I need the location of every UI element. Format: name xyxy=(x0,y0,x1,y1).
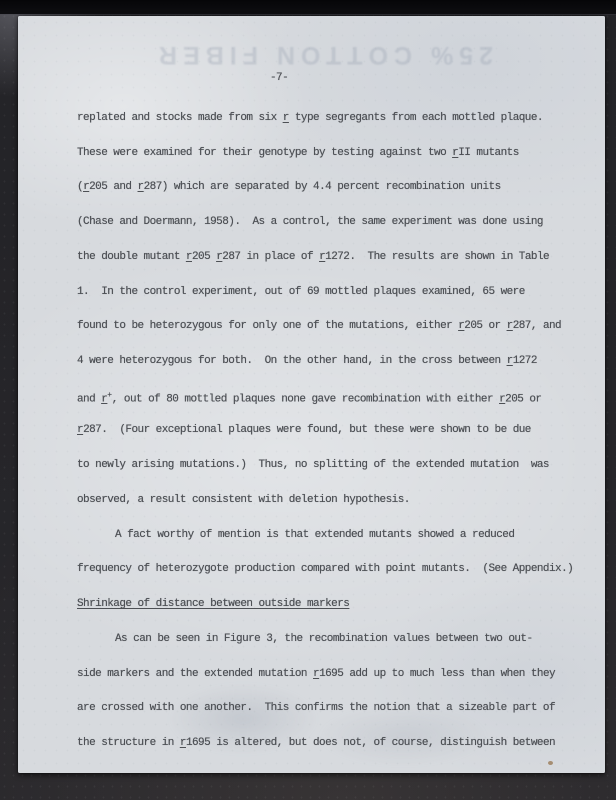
text-segment: side markers and the extended mutation xyxy=(77,668,313,680)
text-line: As can be seen in Figure 3, the recombin… xyxy=(77,622,587,657)
text-segment: 205 or xyxy=(464,320,506,332)
text-line: observed, a result consistent with delet… xyxy=(77,483,587,518)
text-segment: replated and stocks made from six xyxy=(77,112,283,124)
text-line: to newly arising mutations.) Thus, no sp… xyxy=(77,448,587,483)
background-top-strip xyxy=(0,0,616,14)
text-line: 4 were heterozygous for both. On the oth… xyxy=(77,344,587,379)
scanned-page-photo: 25% COTTON FIBER -7- replated and stocks… xyxy=(0,0,616,800)
text-line: Shrinkage of distance between outside ma… xyxy=(77,587,587,622)
text-segment: 287, and xyxy=(513,320,561,332)
text-segment: and xyxy=(77,393,101,405)
underlined-text: Shrinkage of distance between outside ma… xyxy=(77,598,349,610)
document-page: 25% COTTON FIBER -7- replated and stocks… xyxy=(18,16,605,773)
text-line: are crossed with one another. This confi… xyxy=(77,691,587,726)
text-segment: , out of 80 mottled plaques none gave re… xyxy=(112,393,499,405)
text-segment: 4 were heterozygous for both. On the oth… xyxy=(77,355,507,367)
text-segment: observed, a result consistent with delet… xyxy=(77,494,410,506)
text-line: 1. In the control experiment, out of 69 … xyxy=(77,275,587,310)
text-segment: 287 in place of xyxy=(222,251,319,263)
text-segment: 1695 add up to much less than when they xyxy=(319,668,555,680)
text-line: side markers and the extended mutation r… xyxy=(77,657,587,692)
text-segment: 205 xyxy=(192,251,216,263)
text-segment: the structure in xyxy=(77,737,180,749)
text-line: the double mutant r205 r287 in place of … xyxy=(77,240,587,275)
text-line: (r205 and r287) which are separated by 4… xyxy=(77,170,587,205)
text-segment: 1272 xyxy=(513,355,537,367)
text-segment: found to be heterozygous for only one of… xyxy=(77,320,458,332)
text-segment: are crossed with one another. This confi… xyxy=(77,702,555,714)
text-segment: to newly arising mutations.) Thus, no sp… xyxy=(77,459,549,471)
text-segment: (Chase and Doermann, 1958). As a control… xyxy=(77,216,543,228)
text-segment: 1695 is altered, but does not, of course… xyxy=(186,737,555,749)
text-line: replated and stocks made from six r type… xyxy=(77,101,587,136)
text-segment: A fact worthy of mention is that extende… xyxy=(115,529,514,541)
page-number: -7- xyxy=(270,72,288,84)
text-line: A fact worthy of mention is that extende… xyxy=(77,518,587,553)
text-segment: 1272. The results are shown in Table xyxy=(325,251,549,263)
text-segment: frequency of heterozygote production com… xyxy=(77,563,573,575)
text-segment: type segregants from each mottled plaque… xyxy=(289,112,543,124)
text-line: frequency of heterozygote production com… xyxy=(77,552,587,587)
text-segment: II mutants xyxy=(458,147,519,159)
text-segment: 205 and xyxy=(89,181,137,193)
text-segment: the double mutant xyxy=(77,251,186,263)
text-line: found to be heterozygous for only one of… xyxy=(77,309,587,344)
typewritten-text: replated and stocks made from six r type… xyxy=(77,101,587,761)
text-segment: 205 or xyxy=(505,393,541,405)
text-segment: As can be seen in Figure 3, the recombin… xyxy=(115,633,533,645)
text-line: the structure in r1695 is altered, but d… xyxy=(77,726,587,761)
text-segment: 287. (Four exceptional plaques were foun… xyxy=(83,424,531,436)
text-segment: 287) which are separated by 4.4 percent … xyxy=(144,181,501,193)
text-line: and r+, out of 80 mottled plaques none g… xyxy=(77,379,587,414)
text-line: r287. (Four exceptional plaques were fou… xyxy=(77,413,587,448)
text-segment: These were examined for their genotype b… xyxy=(77,147,452,159)
text-segment: 1. In the control experiment, out of 69 … xyxy=(77,286,525,298)
text-line: (Chase and Doermann, 1958). As a control… xyxy=(77,205,587,240)
paper-watermark: 25% COTTON FIBER xyxy=(163,34,493,76)
text-line: These were examined for their genotype b… xyxy=(77,136,587,171)
paper-fleck xyxy=(548,761,553,765)
